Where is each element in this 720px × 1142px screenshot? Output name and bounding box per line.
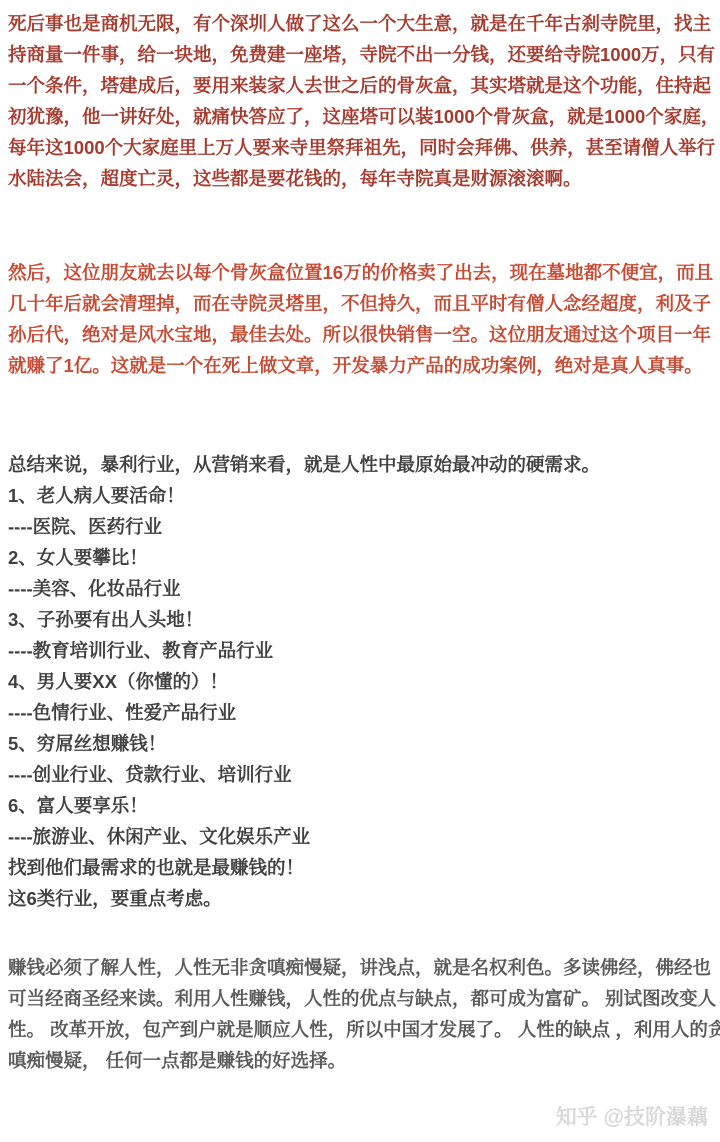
paragraph-sales-result: 然后，这位朋友就去以每个骨灰盒位置16万的价格卖了出去，现在墓地都不便宜，而且 …	[8, 257, 712, 381]
paragraph-human-nature: 赚钱必须了解人性，人性无非贪嗔痴慢疑，讲浅点，就是名权利色。多读佛经，佛经也 可…	[8, 952, 712, 1076]
paragraph-tomb-business: 死后事也是商机无限，有个深圳人做了这么一个大生意，就是在千年古刹寺院里，找主 持…	[8, 8, 712, 194]
zhihu-watermark: 知乎 @技阶瀑藕	[8, 1102, 712, 1133]
article-page: { "article": { "paragraph_tomb_business"…	[0, 0, 720, 1142]
article-content: 死后事也是商机无限，有个深圳人做了这么一个大生意，就是在千年古刹寺院里，找主 持…	[0, 0, 720, 1133]
summary-industry-list: 总结来说，暴利行业，从营销来看，就是人性中最原始最冲动的硬需求。 1、老人病人要…	[8, 449, 712, 914]
